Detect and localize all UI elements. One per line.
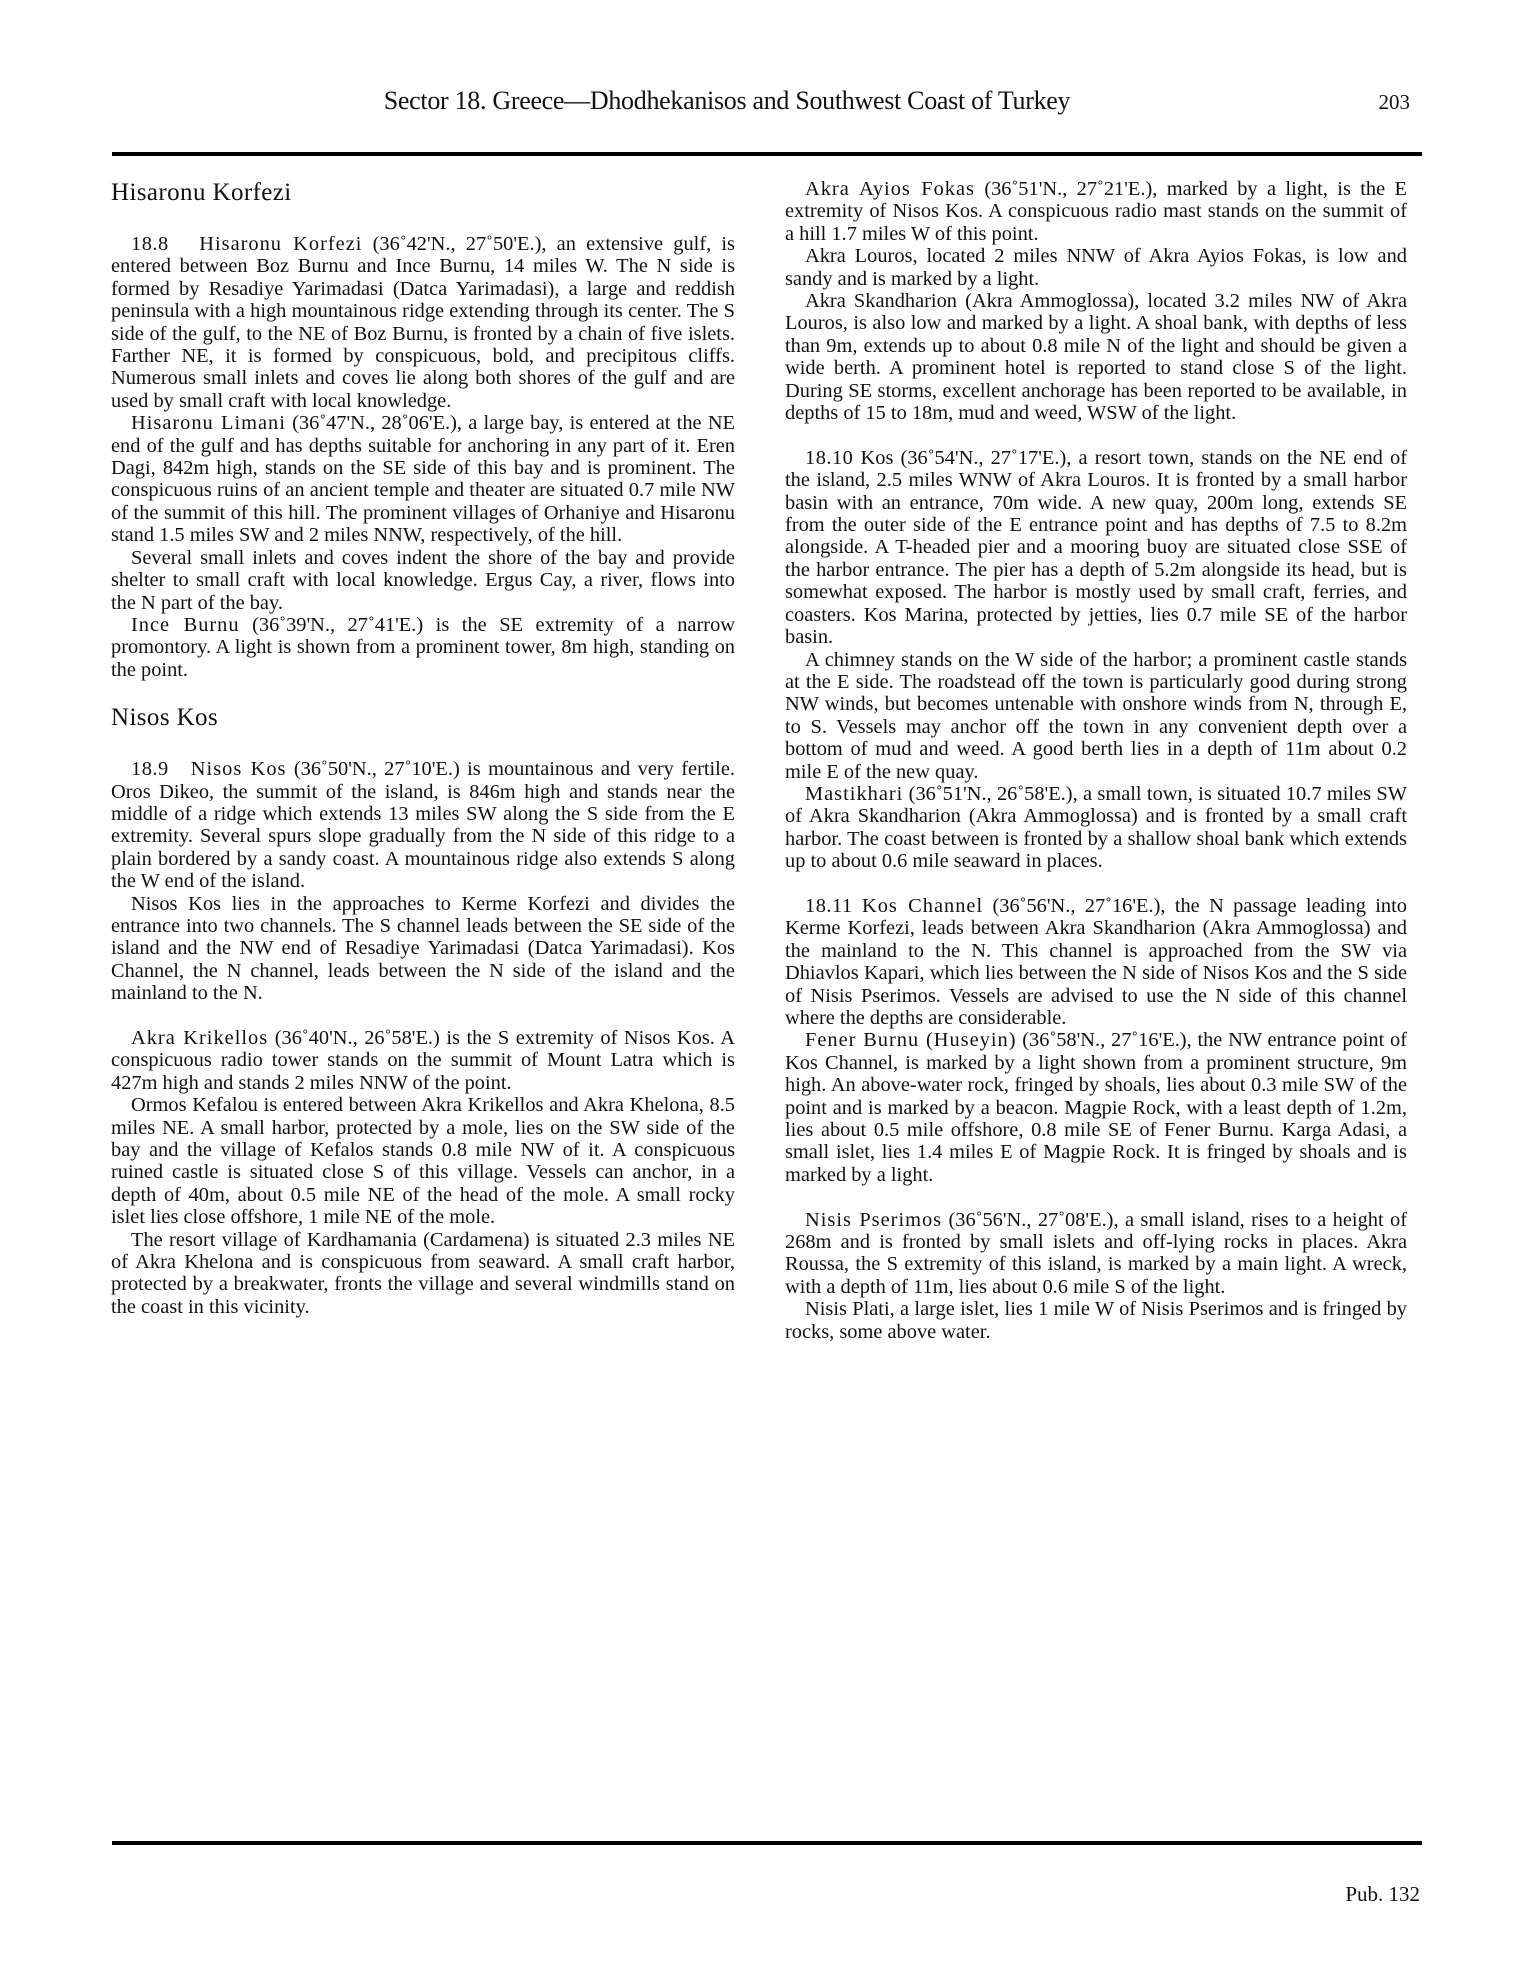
- paragraph-18-11: 18.11 Kos Channel (36˚56'N., 27˚16'E.), …: [785, 895, 1407, 1029]
- paragraph: Akra Ayios Fokas (36˚51'N., 27˚21'E.), m…: [785, 178, 1407, 245]
- paragraph: Nisos Kos lies in the approaches to Kerm…: [111, 893, 735, 1005]
- paragraph: Hisaronu Limani (36˚47'N., 28˚06'E.), a …: [111, 412, 735, 546]
- paragraph: Ince Burnu (36˚39'N., 27˚41'E.) is the S…: [111, 614, 735, 681]
- paragraph-number: 18.10: [805, 447, 853, 469]
- paragraph-text: (36˚58'N., 27˚16'E.), the NW entrance po…: [785, 1029, 1407, 1185]
- paragraph: Nisis Pserimos (36˚56'N., 27˚08'E.), a s…: [785, 1209, 1407, 1299]
- feature-name: Ince Burnu: [131, 614, 240, 636]
- paragraph: Fener Burnu (Huseyin) (36˚58'N., 27˚16'E…: [785, 1029, 1407, 1186]
- paragraph: The resort village of Kardhamania (Carda…: [111, 1229, 735, 1319]
- paragraph: Akra Skandharion (Akra Ammoglossa), loca…: [785, 290, 1407, 424]
- feature-name: Hisaronu Limani: [131, 412, 286, 434]
- paragraph: Mastikhari (36˚51'N., 26˚58'E.), a small…: [785, 783, 1407, 873]
- feature-name: Kos: [861, 447, 894, 469]
- feature-name: Kos Channel: [862, 895, 983, 917]
- paragraph-18-9: 18.9 Nisos Kos (36˚50'N., 27˚10'E.) is m…: [111, 758, 735, 892]
- paragraph: Akra Louros, located 2 miles NNW of Akra…: [785, 245, 1407, 290]
- feature-name: Hisaronu Korfezi: [199, 233, 362, 255]
- right-column: Akra Ayios Fokas (36˚51'N., 27˚21'E.), m…: [785, 178, 1407, 1343]
- paragraph: Several small inlets and coves indent th…: [111, 547, 735, 614]
- paragraph: A chimney stands on the W side of the ha…: [785, 649, 1407, 783]
- page-header: Sector 18. Greece—Dhodhekanisos and Sout…: [112, 86, 1422, 126]
- publication-label: Pub. 132: [1345, 1882, 1420, 1907]
- section-heading-hisaronu-korfezi: Hisaronu Korfezi: [111, 178, 735, 208]
- left-column: Hisaronu Korfezi 18.8 Hisaronu Korfezi (…: [111, 178, 735, 1318]
- paragraph-number: 18.9: [131, 758, 169, 780]
- feature-name: Akra Krikellos: [131, 1027, 268, 1049]
- page-number: 203: [1379, 90, 1411, 115]
- paragraph: Ormos Kefalou is entered between Akra Kr…: [111, 1094, 735, 1228]
- running-title: Sector 18. Greece—Dhodhekanisos and Sout…: [112, 86, 1342, 116]
- feature-name: Fener Burnu (Huseyin): [805, 1029, 1017, 1051]
- paragraph: Nisis Plati, a large islet, lies 1 mile …: [785, 1298, 1407, 1343]
- feature-name: Nisis Pserimos: [805, 1209, 942, 1231]
- feature-name: Nisos Kos: [191, 758, 287, 780]
- paragraph-number: 18.11: [805, 895, 853, 917]
- paragraph: Akra Krikellos (36˚40'N., 26˚58'E.) is t…: [111, 1027, 735, 1094]
- paragraph-18-10: 18.10 Kos (36˚54'N., 27˚17'E.), a resort…: [785, 447, 1407, 649]
- footer-rule: [112, 1841, 1422, 1845]
- feature-name: Mastikhari: [805, 783, 903, 805]
- paragraph-text: (36˚42'N., 27˚50'E.), an extensive gulf,…: [111, 233, 735, 412]
- header-rule: [112, 152, 1422, 156]
- paragraph-text: (36˚54'N., 27˚17'E.), a resort town, sta…: [785, 447, 1407, 648]
- paragraph-18-8: 18.8 Hisaronu Korfezi (36˚42'N., 27˚50'E…: [111, 233, 735, 412]
- paragraph-number: 18.8: [131, 233, 169, 255]
- section-heading-nisos-kos: Nisos Kos: [111, 703, 735, 733]
- feature-name: Akra Ayios Fokas: [805, 178, 975, 200]
